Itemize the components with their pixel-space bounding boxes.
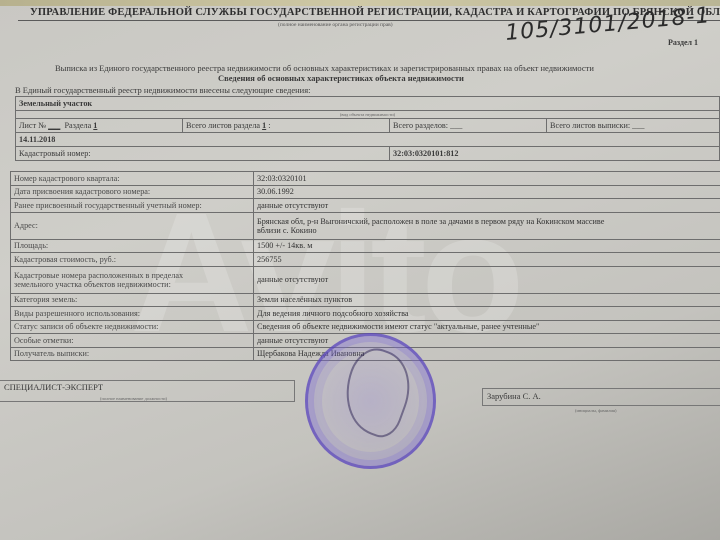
row-value: 256755 [254, 253, 720, 267]
total-sections: Всего разделов: ___ [390, 119, 547, 133]
row-label-line-1: Кадастровые номера расположенных в преде… [14, 271, 250, 280]
row-label: Виды разрешенного использования: [11, 307, 254, 321]
row-value: Земли населённых пунктов [254, 293, 720, 307]
signer-position: СПЕЦИАЛИСТ-ЭКСПЕРТ [4, 382, 103, 392]
extract-date: 14.11.2018 [16, 133, 720, 147]
section-label: Раздел 1 [668, 38, 698, 47]
row-label: Получатель выписки: [11, 347, 254, 361]
row-value: данные отсутствуют [254, 199, 720, 213]
table-row: Номер кадастрового квартала:32:03:032010… [11, 172, 720, 186]
sheet-info: Лист № ___ Раздела 1 [16, 119, 183, 133]
name-hint: (инициалы, фамилия) [575, 408, 617, 413]
position-hint: (полное наименование должности) [100, 396, 167, 401]
row-label: Ранее присвоенный государственный учетны… [11, 199, 254, 213]
object-type: Земельный участок [16, 97, 720, 111]
signer-name: Зарубина С. А. [487, 391, 541, 401]
agency-subtitle: (полное наименование органа регистрации … [278, 22, 393, 28]
total-sections-value: ___ [450, 121, 462, 130]
row-label: Площадь: [11, 239, 254, 253]
row-value: 30.06.1992 [254, 185, 720, 199]
table-row: Дата присвоения кадастрового номера:30.0… [11, 185, 720, 199]
table-row: Статус записи об объекте недвижимости:Св… [11, 320, 720, 334]
table-row: Площадь:1500 +/- 14кв. м [11, 239, 720, 253]
address-line-2: вблизи с. Кокино [257, 226, 718, 235]
extract-document: Avito УПРАВЛЕНИЕ ФЕДЕРАЛЬНОЙ СЛУЖБЫ ГОСУ… [0, 0, 720, 540]
row-label: Номер кадастрового квартала: [11, 172, 254, 186]
total-sheets-section: Всего листов раздела 1 : [183, 119, 390, 133]
extract-intro: Выписка из Единого государственного реес… [55, 63, 594, 73]
total-sheets-section-label: Всего листов раздела [186, 121, 260, 130]
total-sheets-section-value: 1 [262, 121, 266, 130]
row-value: Брянская обл, р-н Выгоничский, расположе… [254, 212, 720, 239]
total-sheets-extract-value: ___ [632, 121, 644, 130]
row-label: Кадастровая стоимость, руб.: [11, 253, 254, 267]
table-row: Кадастровые номера расположенных в преде… [11, 266, 720, 293]
table-row: Ранее присвоенный государственный учетны… [11, 199, 720, 213]
table-row: Категория земель:Земли населённых пункто… [11, 293, 720, 307]
address-line-1: Брянская обл, р-н Выгоничский, расположе… [257, 217, 718, 226]
section-value: 1 [93, 121, 97, 130]
table-row: Кадастровая стоимость, руб.:256755 [11, 253, 720, 267]
row-label: Дата присвоения кадастрового номера: [11, 185, 254, 199]
row-label: Адрес: [11, 212, 254, 239]
row-value: 32:03:0320101 [254, 172, 720, 186]
row-label: Категория земель: [11, 293, 254, 307]
total-sheets-extract-label: Всего листов выписки: [550, 121, 630, 130]
section-label-cell: Раздела [64, 121, 91, 130]
cadastral-number-value: 32:03:0320101:812 [390, 147, 720, 161]
row-label: Особые отметки: [11, 334, 254, 348]
extract-heading: Сведения об основных характеристиках объ… [218, 73, 464, 83]
total-sheets-extract: Всего листов выписки: ___ [547, 119, 720, 133]
object-type-hint: (вид объекта недвижимости) [16, 111, 720, 119]
sheet-no-label: Лист № [19, 121, 46, 130]
total-sections-label: Всего разделов: [393, 121, 448, 130]
row-value: Для ведения личного подсобного хозяйства [254, 307, 720, 321]
row-label: Статус записи об объекте недвижимости: [11, 320, 254, 334]
object-header-table: Земельный участок (вид объекта недвижимо… [15, 96, 720, 161]
row-value: Сведения об объекте недвижимости имеют с… [254, 320, 720, 334]
row-label-line-2: земельного участка объектов недвижимости… [14, 280, 250, 289]
row-value: данные отсутствуют [254, 266, 720, 293]
table-row: Адрес:Брянская обл, р-н Выгоничский, рас… [11, 212, 720, 239]
row-value: данные отсутствуют [254, 334, 720, 348]
cadastral-number-label: Кадастровый номер: [16, 147, 390, 161]
extract-lead: В Единый государственный реестр недвижим… [15, 85, 311, 95]
row-label: Кадастровые номера расположенных в преде… [11, 266, 254, 293]
sheet-no-value: ___ [48, 121, 60, 130]
table-row: Виды разрешенного использования:Для веде… [11, 307, 720, 321]
row-value: 1500 +/- 14кв. м [254, 239, 720, 253]
